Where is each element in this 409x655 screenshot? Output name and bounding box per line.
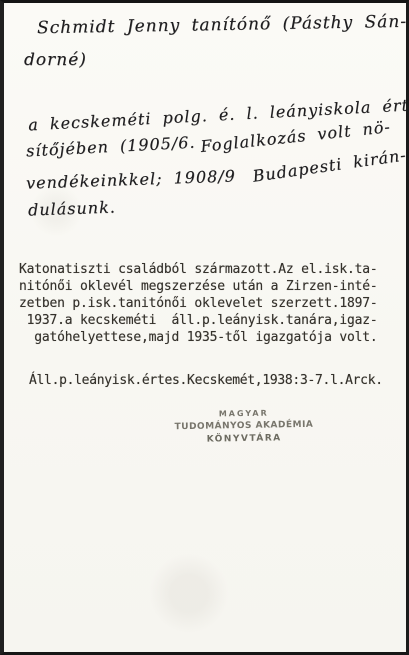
typed-bio-line: 1937.a kecskeméti áll.p.leányisk.tanára,… xyxy=(19,312,377,329)
handwritten-note-line-2a: sítőjében (1905/6. xyxy=(26,133,196,161)
scanned-catalog-card: Schmidt Jenny tanítónő (Pásthy Sán- dorn… xyxy=(0,0,409,655)
handwritten-title-line-1: Schmidt Jenny tanítónő (Pásthy Sán- xyxy=(37,12,407,38)
library-stamp: MAGYAR TUDOMÁNYOS AKADÉMIA KÖNYVTÁRA xyxy=(164,407,325,448)
typed-biography: Katonatiszti családból származott.Az el.… xyxy=(19,261,377,346)
handwritten-note-line-4: dulásunk. xyxy=(28,197,116,219)
citation-line: Áll.p.leányisk.értes.Kecskemét,1938:3-7.… xyxy=(29,373,383,388)
handwritten-note-line-3b: Budapesti kirán- xyxy=(251,145,407,185)
typed-bio-line: nitónői oklevél megszerzése után a Zirze… xyxy=(19,278,377,295)
handwritten-note-line-3a: vendékeinkkel; 1908/9 xyxy=(26,166,236,192)
typed-bio-line: zetben p.isk.tanitónői oklevelet szerzet… xyxy=(19,295,377,312)
handwritten-title-line-2: dorné) xyxy=(24,50,87,70)
typed-bio-line: Katonatiszti családból származott.Az el.… xyxy=(19,261,377,278)
typed-bio-line: gatóhelyettese,majd 1935-től igazgatója … xyxy=(19,329,377,346)
